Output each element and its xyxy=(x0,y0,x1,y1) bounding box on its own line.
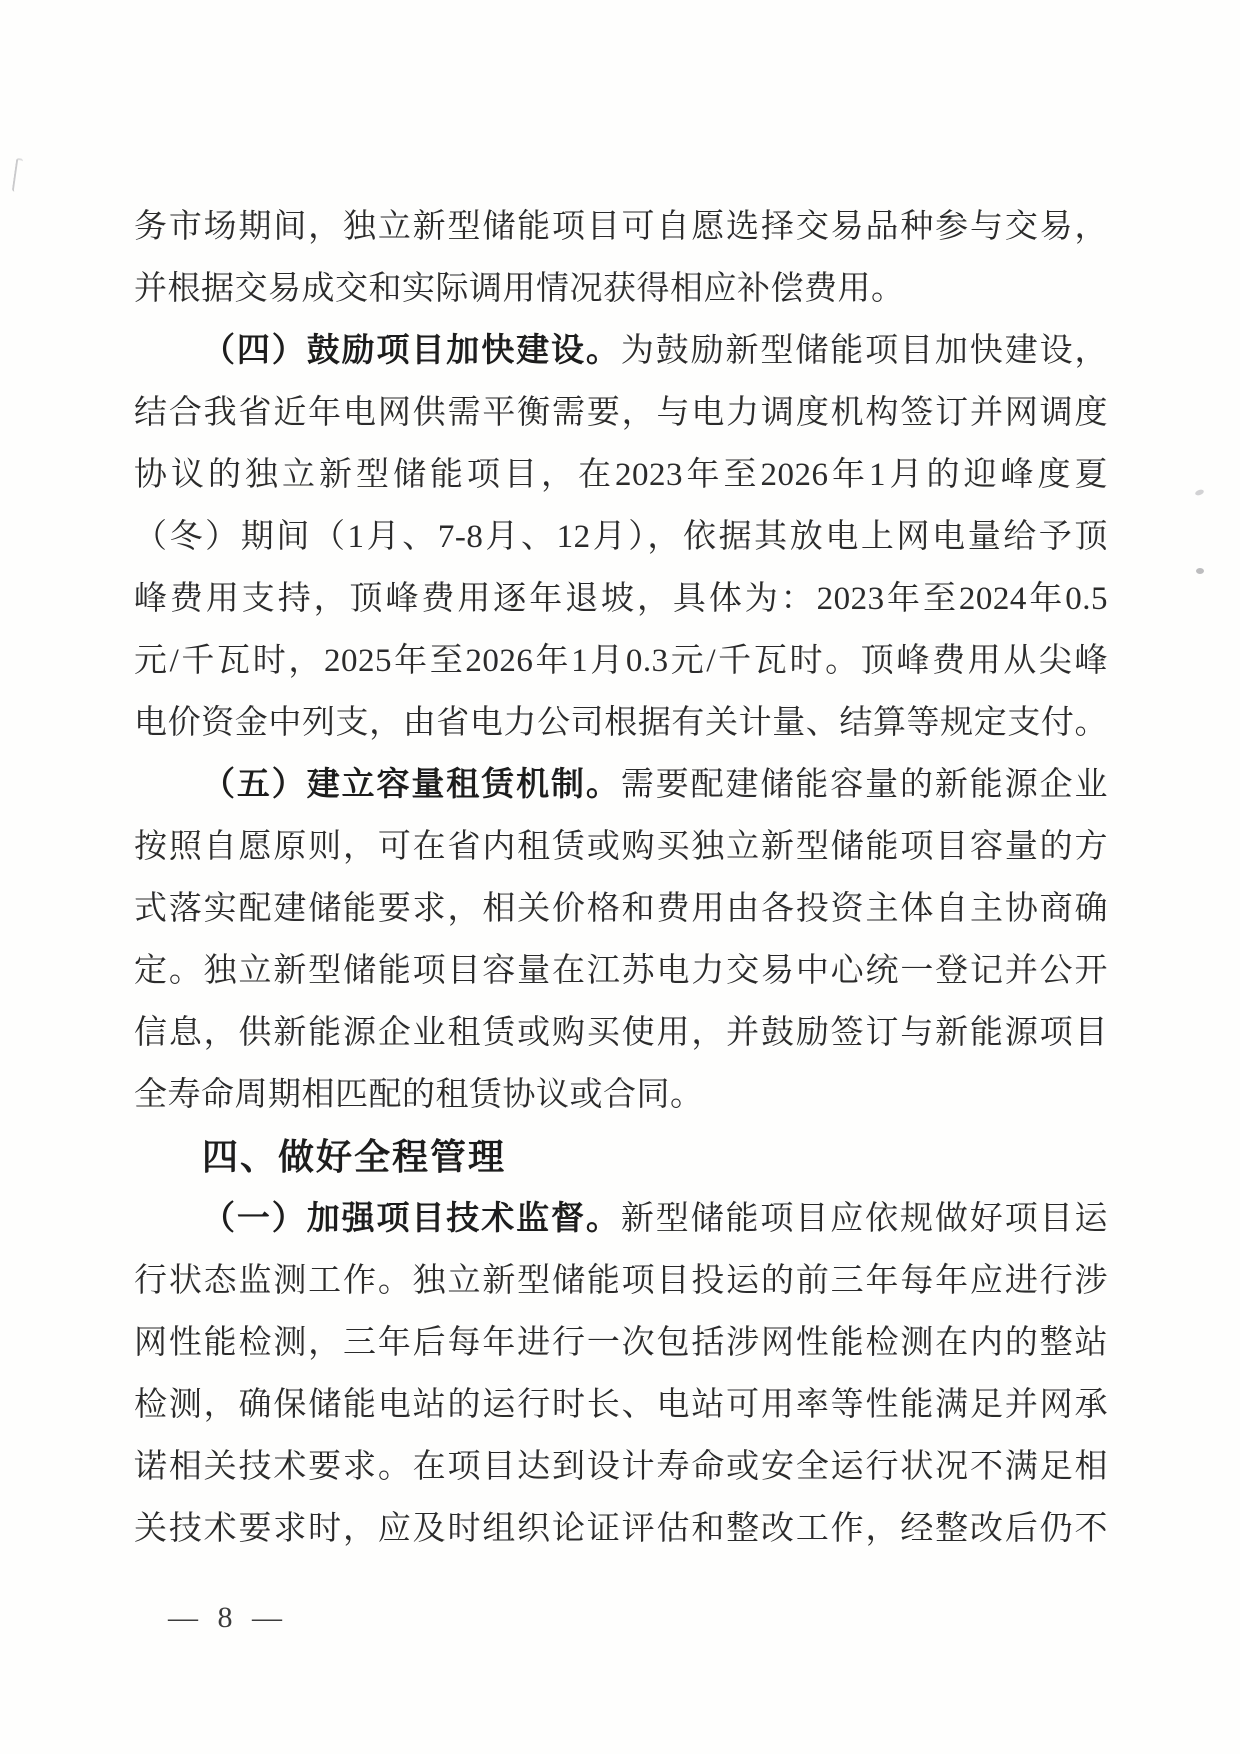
body-text: 行状态监测工作。独立新型储能项目投运的前三年每年应进行涉 xyxy=(134,1263,1108,1299)
body-text: 峰费用支持，顶峰费用逐年退坡，具体为：2023年至2024年0.5 xyxy=(134,581,1108,617)
body-text: 信息，供新能源企业租赁或购买使用，并鼓励签订与新能源项目 xyxy=(134,1015,1108,1051)
text-line: 检测，确保储能电站的运行时长、电站可用率等性能满足并网承 xyxy=(134,1374,1108,1436)
text-line: （一）加强项目技术监督。新型储能项目应依规做好项目运 xyxy=(134,1188,1108,1250)
scanned-document-page: 务市场期间，独立新型储能项目可自愿选择交易品种参与交易，并根据交易成交和实际调用… xyxy=(0,0,1240,1754)
text-line: （四）鼓励项目加快建设。为鼓励新型储能项目加快建设， xyxy=(134,320,1108,382)
body-text: 电价资金中列支，由省电力公司根据有关计量、结算等规定支付。 xyxy=(134,705,1108,741)
bold-lead-text: （一）加强项目技术监督。 xyxy=(202,1201,621,1237)
text-line: 定。独立新型储能项目容量在江苏电力交易中心统一登记并公开 xyxy=(134,940,1108,1002)
body-text: 为鼓励新型储能项目加快建设， xyxy=(621,333,1108,369)
page-number: — 8 — xyxy=(168,1601,288,1634)
text-line: 行状态监测工作。独立新型储能项目投运的前三年每年应进行涉 xyxy=(134,1250,1108,1312)
body-text: 定。独立新型储能项目容量在江苏电力交易中心统一登记并公开 xyxy=(134,953,1108,989)
body-text: 全寿命周期相匹配的租赁协议或合同。 xyxy=(134,1077,704,1113)
body-text: 网性能检测，三年后每年进行一次包括涉网性能检测在内的整站 xyxy=(134,1325,1108,1361)
body-text: 并根据交易成交和实际调用情况获得相应补偿费用。 xyxy=(134,271,905,307)
text-line: 关技术要求时，应及时组织论证评估和整改工作，经整改后仍不 xyxy=(134,1498,1108,1560)
bold-lead-text: （四）鼓励项目加快建设。 xyxy=(202,333,621,369)
body-text: 新型储能项目应依规做好项目运 xyxy=(621,1201,1108,1237)
text-line: 诺相关技术要求。在项目达到设计寿命或安全运行状况不满足相 xyxy=(134,1436,1108,1498)
text-line: 峰费用支持，顶峰费用逐年退坡，具体为：2023年至2024年0.5 xyxy=(134,568,1108,630)
body-text: 元/千瓦时，2025年至2026年1月0.3元/千瓦时。顶峰费用从尖峰 xyxy=(134,643,1108,679)
body-text: 需要配建储能容量的新能源企业 xyxy=(621,767,1108,803)
text-line: 元/千瓦时，2025年至2026年1月0.3元/千瓦时。顶峰费用从尖峰 xyxy=(134,630,1108,692)
text-line: 结合我省近年电网供需平衡需要，与电力调度机构签订并网调度 xyxy=(134,382,1108,444)
body-text: 式落实配建储能要求，相关价格和费用由各投资主体自主协商确 xyxy=(134,891,1108,927)
text-line: 信息，供新能源企业租赁或购买使用，并鼓励签订与新能源项目 xyxy=(134,1002,1108,1064)
body-text: 结合我省近年电网供需平衡需要，与电力调度机构签订并网调度 xyxy=(134,395,1108,431)
body-text: 关技术要求时，应及时组织论证评估和整改工作，经整改后仍不 xyxy=(134,1511,1108,1547)
text-line: 式落实配建储能要求，相关价格和费用由各投资主体自主协商确 xyxy=(134,878,1108,940)
body-text: 协议的独立新型储能项目，在2023年至2026年1月的迎峰度夏 xyxy=(134,457,1108,493)
body-text: 检测，确保储能电站的运行时长、电站可用率等性能满足并网承 xyxy=(134,1387,1108,1423)
text-line: （冬）期间（1月、7-8月、12月），依据其放电上网电量给予顶 xyxy=(134,506,1108,568)
scan-artifact-dot xyxy=(1194,489,1204,497)
scan-artifact-dot xyxy=(1196,568,1204,574)
body-text: 按照自愿原则，可在省内租赁或购买独立新型储能项目容量的方 xyxy=(134,829,1108,865)
text-line: 电价资金中列支，由省电力公司根据有关计量、结算等规定支付。 xyxy=(134,692,1108,754)
text-line: 网性能检测，三年后每年进行一次包括涉网性能检测在内的整站 xyxy=(134,1312,1108,1374)
text-line: 协议的独立新型储能项目，在2023年至2026年1月的迎峰度夏 xyxy=(134,444,1108,506)
bold-lead-text: （五）建立容量租赁机制。 xyxy=(202,767,621,803)
text-line: （五）建立容量租赁机制。需要配建储能容量的新能源企业 xyxy=(134,754,1108,816)
scan-artifact-smudge xyxy=(12,158,24,193)
section-heading: 四、做好全程管理 xyxy=(134,1126,1108,1188)
document-body: 务市场期间，独立新型储能项目可自愿选择交易品种参与交易，并根据交易成交和实际调用… xyxy=(134,196,1108,1560)
body-text: 务市场期间，独立新型储能项目可自愿选择交易品种参与交易， xyxy=(134,209,1108,245)
bold-lead-text: 四、做好全程管理 xyxy=(202,1136,506,1177)
text-line: 并根据交易成交和实际调用情况获得相应补偿费用。 xyxy=(134,258,1108,320)
text-line: 务市场期间，独立新型储能项目可自愿选择交易品种参与交易， xyxy=(134,196,1108,258)
page-footer: — 8 — xyxy=(168,1594,288,1642)
text-line: 全寿命周期相匹配的租赁协议或合同。 xyxy=(134,1064,1108,1126)
body-text: （冬）期间（1月、7-8月、12月），依据其放电上网电量给予顶 xyxy=(134,519,1108,555)
text-line: 按照自愿原则，可在省内租赁或购买独立新型储能项目容量的方 xyxy=(134,816,1108,878)
body-text: 诺相关技术要求。在项目达到设计寿命或安全运行状况不满足相 xyxy=(134,1449,1108,1485)
